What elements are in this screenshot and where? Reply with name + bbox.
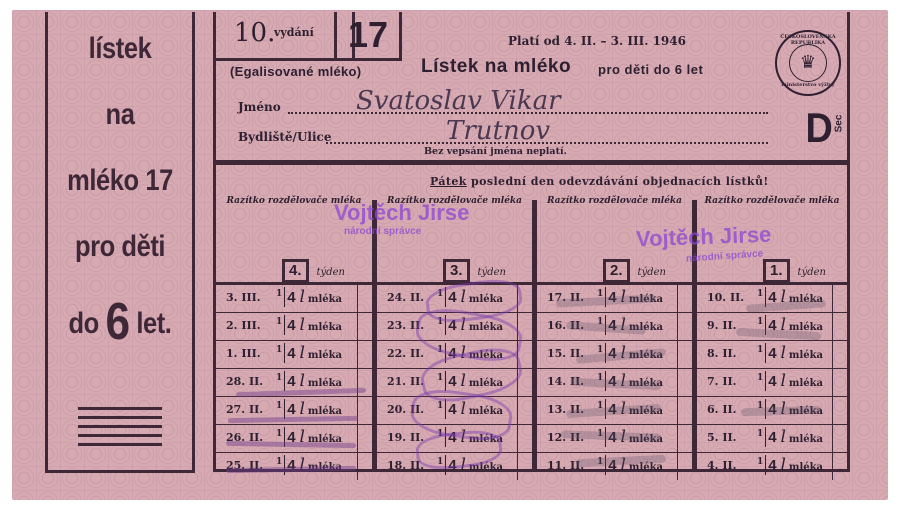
distributor-stamp: Vojtěch Jirse (334, 200, 469, 226)
edition-number: 10. (234, 18, 275, 48)
week-label: týden (638, 267, 666, 278)
main-coupon-area: 10. vydání 17 (Egalisované mléko) Platí … (213, 12, 850, 472)
week-header: 1.týden (763, 259, 826, 283)
week-number: 4. (282, 259, 309, 283)
serial-box: 17 (334, 12, 402, 61)
coupon-list: 3. III.14 lmléka 2. III.14 lmléka 1. III… (216, 282, 372, 480)
stub-do: do (69, 307, 99, 340)
week-number: 3. (443, 259, 470, 283)
coupon-row[interactable]: 2. III.14 lmléka (216, 313, 372, 341)
coupon-row[interactable]: 26. II.14 lmléka (216, 425, 372, 453)
friday-word: Pátek (430, 175, 467, 188)
edition-label: vydání (274, 26, 314, 39)
coupon-row[interactable]: 4. II.14 lmléka (697, 453, 847, 480)
address-field[interactable]: Trutnov (446, 116, 550, 146)
subtitle: (Egalisované mléko) (230, 64, 361, 79)
stub-let: let. (136, 307, 171, 340)
serial-number: 17 (337, 14, 399, 56)
name-label: Jméno (238, 100, 281, 114)
coupon-row[interactable]: 1. III.14 lmléka (216, 341, 372, 369)
lion-emblem-icon: ♛ (789, 44, 827, 82)
stub-line-1: lístek (59, 32, 181, 66)
coupon-list: 10. II.14 lmléka 9. II.14 lmléka 8. II.1… (697, 282, 847, 480)
stub-line-4: pro děti (59, 230, 181, 264)
week-label: týden (798, 267, 826, 278)
week-label: týden (317, 267, 345, 278)
stub-line-3: mléko 17 (59, 164, 181, 198)
header-divider (216, 160, 847, 165)
stub-line-2: na (59, 98, 181, 132)
week-label: týden (478, 267, 506, 278)
coupon-row[interactable]: 5. II.14 lmléka (697, 425, 847, 453)
stub-bars (78, 407, 162, 452)
coupon-row[interactable]: 8. II.14 lmléka (697, 341, 847, 369)
card-stub: lístek na mléko 17 pro děti do 6 let. (45, 12, 195, 473)
state-seal: ČESKOSLOVENSKÁ REPUBLIKA ♛ ministerstvo … (775, 30, 841, 96)
milk-ration-card: lístek na mléko 17 pro děti do 6 let. 10… (12, 10, 888, 500)
coupon-row[interactable]: 7. II.14 lmléka (697, 369, 847, 397)
week-number: 1. (763, 259, 790, 283)
week-header: 2.týden (603, 259, 666, 283)
validity-notice: Bez vepsání jména neplatí. (424, 146, 567, 157)
side-code: Sec (833, 115, 844, 133)
card-title-suffix: pro děti do 6 let (598, 62, 703, 77)
category-letter: D (806, 104, 833, 152)
coupon-row[interactable]: 3. III.14 lmléka (216, 285, 372, 313)
week-header: 4.týden (282, 259, 345, 283)
stamp-field-label: Razítko rozdělovače mléka (537, 196, 692, 206)
week-number: 2. (603, 259, 630, 283)
address-label: Bydliště/Ulice (238, 130, 331, 144)
card-title: Lístek na mléko (421, 56, 571, 78)
stamp-field-label: Razítko rozdělovače mléka (697, 196, 847, 206)
stub-line-5: do 6 let. (59, 292, 181, 352)
deadline-rest: poslední den odevzdávání objednacích lís… (467, 175, 769, 188)
seal-bottom-text: ministerstvo výživy (777, 82, 839, 88)
stub-age: 6 (105, 293, 129, 351)
validity-period: Platí od 4. II. – 3. III. 1946 (508, 34, 686, 48)
distributor-stamp-sub: národní správce (344, 226, 421, 237)
deadline-instruction: Pátek poslední den odevzdávání objednací… (430, 175, 769, 188)
distributor-stamp: Vojtěch Jirse (636, 222, 772, 253)
name-field[interactable]: Svatoslav Vikar (356, 86, 561, 116)
